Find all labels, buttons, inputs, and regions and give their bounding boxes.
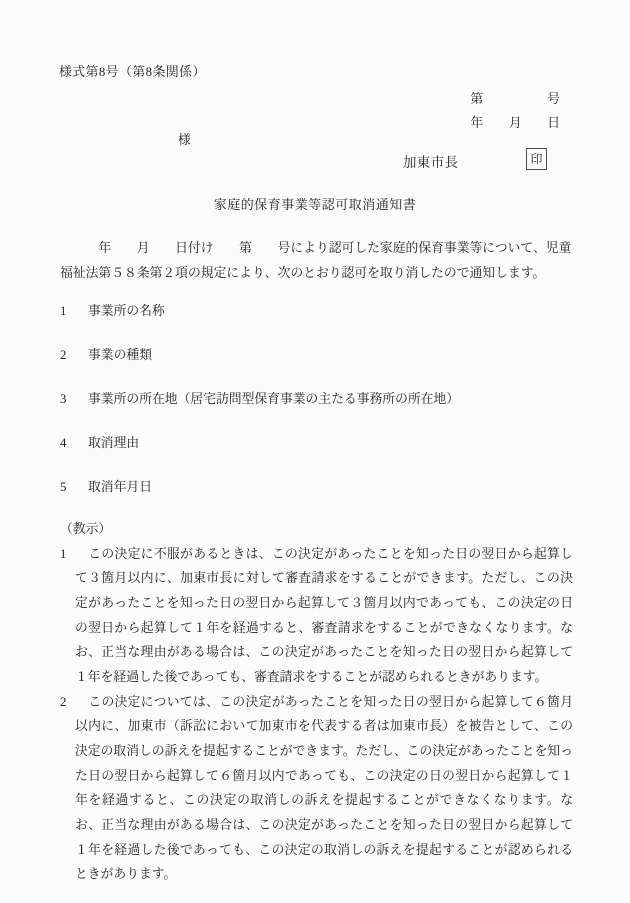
kyoji-heading: （教示） — [60, 517, 573, 542]
document-header-right: 第 号 年 月 日 — [0, 87, 570, 135]
item-business-type: 2事業の種類 — [60, 347, 572, 363]
kyoji-section: （教示） 1この決定に不服があるときは、この決定があったことを知った日の翌日から… — [60, 517, 573, 887]
document-title: 家庭的保育事業等認可取消通知書 — [0, 194, 630, 213]
kyoji-item-number: 2 — [60, 690, 88, 715]
item-cancellation-date: 5取消年月日 — [60, 479, 572, 495]
item-label: 事業の種類 — [88, 348, 152, 362]
item-cancellation-reason: 4取消理由 — [60, 435, 572, 451]
document-number-blank: 第 号 — [0, 87, 560, 111]
item-number: 2 — [60, 347, 88, 363]
item-label: 取消理由 — [88, 436, 139, 450]
kyoji-item-text: この決定については、この決定があったことを知った日の翌日から起算して６箇月以内に… — [75, 695, 573, 882]
item-number: 3 — [60, 391, 88, 407]
item-business-location: 3事業所の所在地（居宅訪問型保育事業の主たる事務所の所在地） — [60, 391, 572, 407]
kyoji-item-appeal: 1この決定に不服があるときは、この決定があったことを知った日の翌日から起算して３… — [60, 542, 573, 690]
item-number: 4 — [60, 435, 88, 451]
item-business-name: 1事業所の名称 — [60, 303, 572, 319]
form-number-label: 様式第8号（第8条関係） — [59, 61, 206, 80]
item-label: 事業所の名称 — [88, 304, 165, 318]
item-label: 取消年月日 — [88, 480, 152, 494]
document-date-blank: 年 月 日 — [0, 111, 560, 135]
addressee-honorific: 様 — [178, 129, 191, 148]
kyoji-item-lawsuit: 2この決定については、この決定があったことを知った日の翌日から起算して６箇月以内… — [60, 690, 573, 887]
item-number: 1 — [60, 303, 88, 319]
document-page: 様式第8号（第8条関係） 第 号 年 月 日 様 加東市長 印 家庭的保育事業等… — [0, 0, 630, 903]
item-label: 事業所の所在地（居宅訪問型保育事業の主たる事務所の所在地） — [88, 392, 459, 406]
kyoji-item-text: この決定に不服があるときは、この決定があったことを知った日の翌日から起算して３箇… — [75, 547, 573, 684]
item-number: 5 — [60, 479, 88, 495]
kyoji-item-number: 1 — [60, 542, 88, 567]
issuer-title: 加東市長 — [403, 152, 459, 171]
notification-body-paragraph: 年 月 日付け 第 号により認可した家庭的保育事業等について、児童福祉法第５８条… — [60, 236, 572, 285]
seal-mark: 印 — [526, 148, 547, 170]
